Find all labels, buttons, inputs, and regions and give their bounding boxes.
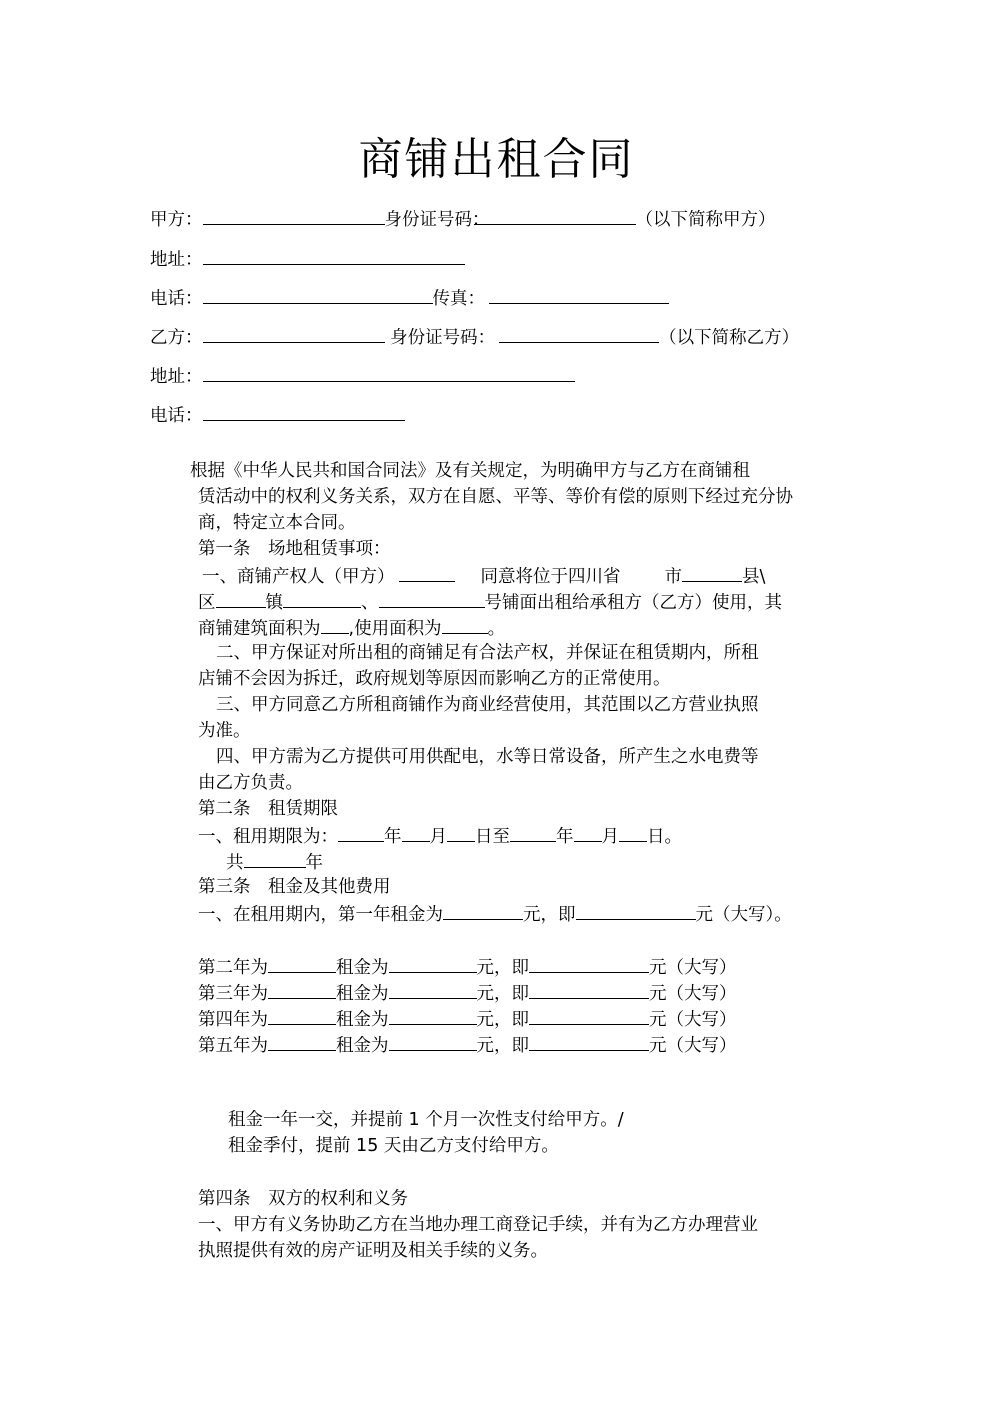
first-year-uppercase-field[interactable]: [576, 901, 696, 920]
party-b-phone-line: 电话：: [150, 402, 405, 428]
first-year-rent-line: 一、在租用期内，第一年租金为元，即元（大写）。: [198, 901, 792, 927]
party-a-phone-label: 电话：: [150, 289, 203, 309]
year-label: 第五年为: [198, 1036, 268, 1056]
article-1-item-1-line-1: 一、商铺产权人（甲方）同意将位于四川省市县\: [202, 563, 765, 589]
rent-uppercase-field[interactable]: [529, 980, 649, 999]
day-to-label: 日至: [475, 827, 510, 847]
party-a-address-line: 地址：: [150, 246, 465, 272]
period: 。: [488, 619, 506, 639]
shop-number-field[interactable]: [379, 589, 485, 608]
year-label: 年: [556, 827, 574, 847]
article-1-item-2-line-1: 二、甲方保证对所出租的商铺足有合法产权，并保证在租赁期内，所租: [216, 641, 759, 665]
party-a-address-label: 地址：: [150, 250, 203, 270]
term-label: 一、租用期限为：: [198, 827, 338, 847]
party-b-id-field[interactable]: [499, 324, 659, 343]
party-b-address-label: 地址：: [150, 367, 203, 387]
year-label: 第二年为: [198, 958, 268, 978]
party-b-phone-field[interactable]: [203, 402, 405, 421]
article-2-heading: 第二条 租赁期限: [198, 797, 338, 821]
total-years-line: 共年: [226, 849, 323, 875]
article-3-heading: 第三条 租金及其他费用: [198, 875, 391, 899]
first-year-amount-field[interactable]: [443, 901, 523, 920]
rent-uppercase-field[interactable]: [529, 1032, 649, 1051]
uppercase-label: 元（大写）: [649, 958, 737, 978]
year-label: 年: [384, 827, 402, 847]
party-a-phone-field[interactable]: [203, 285, 433, 304]
preamble-line-2: 赁活动中的权利义务关系，双方在自愿、平等、等价有偿的原则下经过充分协: [198, 485, 793, 509]
district-label: 区: [198, 593, 216, 613]
separator: 、: [361, 593, 379, 613]
article-1-item-3-line-1: 三、甲方同意乙方所租商铺作为商业经营使用，其范围以乙方营业执照: [216, 693, 759, 717]
yuan-label: 元，即: [477, 984, 530, 1004]
party-b-name-label: 乙方：: [150, 328, 203, 348]
yuan-label: 元，即: [523, 905, 576, 925]
uppercase-label: 元（大写）: [649, 984, 737, 1004]
building-area-field[interactable]: [321, 615, 349, 634]
party-a-line: 甲方：身份证号码：（以下简称甲方）: [150, 206, 776, 232]
article-1-item-3-line-2: 为准。: [198, 719, 251, 743]
clause-text: 号铺面出租给承租方（乙方）使用，其: [485, 593, 783, 613]
city-label: 市: [665, 567, 683, 587]
party-a-id-field[interactable]: [474, 206, 636, 225]
clause-text: 一、商铺产权人（甲方）: [202, 567, 395, 587]
party-a-fax-label: 传真：: [433, 289, 486, 309]
rent-row-year-5: 第五年为租金为元，即元（大写）: [198, 1032, 737, 1058]
end-year-field[interactable]: [510, 823, 556, 842]
rent-uppercase-field[interactable]: [529, 954, 649, 973]
article-4-item-1-line-2: 执照提供有效的房产证明及相关手续的义务。: [198, 1239, 548, 1263]
party-b-address-field[interactable]: [203, 363, 575, 382]
article-1-item-4-line-1: 四、甲方需为乙方提供可用供配电，水等日常设备，所产生之水电费等: [216, 745, 759, 769]
party-a-address-field[interactable]: [203, 246, 465, 265]
party-b-address-line: 地址：: [150, 363, 575, 389]
usable-area-field[interactable]: [442, 615, 488, 634]
start-year-field[interactable]: [338, 823, 384, 842]
rent-label: 租金为: [336, 1036, 389, 1056]
month-label: 月: [430, 827, 448, 847]
article-4-heading: 第四条 双方的权利和义务: [198, 1187, 408, 1211]
article-4-item-1-line-1: 一、甲方有义务协助乙方在当地办理工商登记手续，并有为乙方办理营业: [198, 1213, 758, 1237]
uppercase-label: 元（大写）: [649, 1010, 737, 1030]
city-field[interactable]: [682, 563, 742, 582]
building-area-label: 商铺建筑面积为: [198, 619, 321, 639]
district-field[interactable]: [216, 589, 266, 608]
rent-amount-field[interactable]: [389, 1006, 477, 1025]
party-a-alias: （以下简称甲方）: [636, 210, 776, 230]
rent-row-year-2: 第二年为租金为元，即元（大写）: [198, 954, 737, 980]
rent-amount-field[interactable]: [389, 954, 477, 973]
town-field[interactable]: [283, 589, 361, 608]
rent-label: 租金为: [336, 984, 389, 1004]
party-a-phone-line: 电话：传真：: [150, 285, 669, 311]
rent-amount-field[interactable]: [389, 980, 477, 999]
party-b-alias: （以下简称乙方）: [659, 328, 799, 348]
year-label: 第三年为: [198, 984, 268, 1004]
end-day-field[interactable]: [619, 823, 647, 842]
preamble-line-1: 根据《中华人民共和国合同法》及有关规定，为明确甲方与乙方在商铺租: [190, 459, 750, 483]
article-1-item-2-line-2: 店铺不会因为拆迁，政府规划等原因而影响乙方的正常使用。: [198, 667, 671, 691]
years-label: 年: [306, 853, 324, 873]
rent-amount-field[interactable]: [389, 1032, 477, 1051]
yuan-label: 元，即: [477, 1036, 530, 1056]
party-a-fax-field[interactable]: [489, 285, 669, 304]
payment-option-quarterly: 租金季付，提前 15 天由乙方支付给甲方。: [228, 1134, 559, 1158]
town-label: 镇: [266, 593, 284, 613]
rent-uppercase-field[interactable]: [529, 1006, 649, 1025]
year-field[interactable]: [268, 1032, 336, 1051]
document-title: 商铺出租合同: [0, 134, 993, 186]
end-month-field[interactable]: [574, 823, 602, 842]
total-label: 共: [226, 853, 244, 873]
uppercase-label: 元（大写）。: [696, 905, 792, 925]
year-label: 第四年为: [198, 1010, 268, 1030]
usable-area-label: ,使用面积为: [349, 619, 442, 639]
article-1-heading: 第一条 场地租赁事项：: [198, 537, 391, 561]
article-1-item-4-line-2: 由乙方负责。: [198, 771, 303, 795]
clause-text: 同意将位于四川省: [481, 567, 621, 587]
rent-label: 租金为: [336, 958, 389, 978]
party-b-line: 乙方： 身份证号码：（以下简称乙方）: [150, 324, 799, 350]
party-b-name-field[interactable]: [203, 324, 385, 343]
year-field[interactable]: [268, 980, 336, 999]
total-years-field[interactable]: [244, 849, 306, 868]
preamble-line-3: 商，特定立本合同。: [198, 511, 356, 535]
owner-field[interactable]: [399, 563, 455, 582]
party-b-id-label: 身份证号码：: [390, 328, 495, 348]
payment-option-annual: 租金一年一交，并提前 1 个月一次性支付给甲方。/: [228, 1108, 624, 1132]
day-end-label: 日。: [647, 827, 682, 847]
lease-term-line: 一、租用期限为：年月日至年月日。: [198, 823, 682, 849]
party-b-phone-label: 电话：: [150, 406, 203, 426]
party-a-name-label: 甲方：: [150, 210, 203, 230]
yuan-label: 元，即: [477, 958, 530, 978]
party-a-name-field[interactable]: [203, 206, 385, 225]
month-label: 月: [602, 827, 620, 847]
start-day-field[interactable]: [447, 823, 475, 842]
rent-row-year-3: 第三年为租金为元，即元（大写）: [198, 980, 737, 1006]
uppercase-label: 元（大写）: [649, 1036, 737, 1056]
rent-label: 租金为: [336, 1010, 389, 1030]
first-year-label: 一、在租用期内，第一年租金为: [198, 905, 443, 925]
year-field[interactable]: [268, 1006, 336, 1025]
rent-row-year-4: 第四年为租金为元，即元（大写）: [198, 1006, 737, 1032]
yuan-label: 元，即: [477, 1010, 530, 1030]
article-1-item-1-line-2: 区镇、号铺面出租给承租方（乙方）使用，其: [198, 589, 782, 615]
article-1-item-1-line-3: 商铺建筑面积为,使用面积为。: [198, 615, 505, 641]
county-label: 县\: [742, 567, 765, 587]
start-month-field[interactable]: [402, 823, 430, 842]
year-field[interactable]: [268, 954, 336, 973]
